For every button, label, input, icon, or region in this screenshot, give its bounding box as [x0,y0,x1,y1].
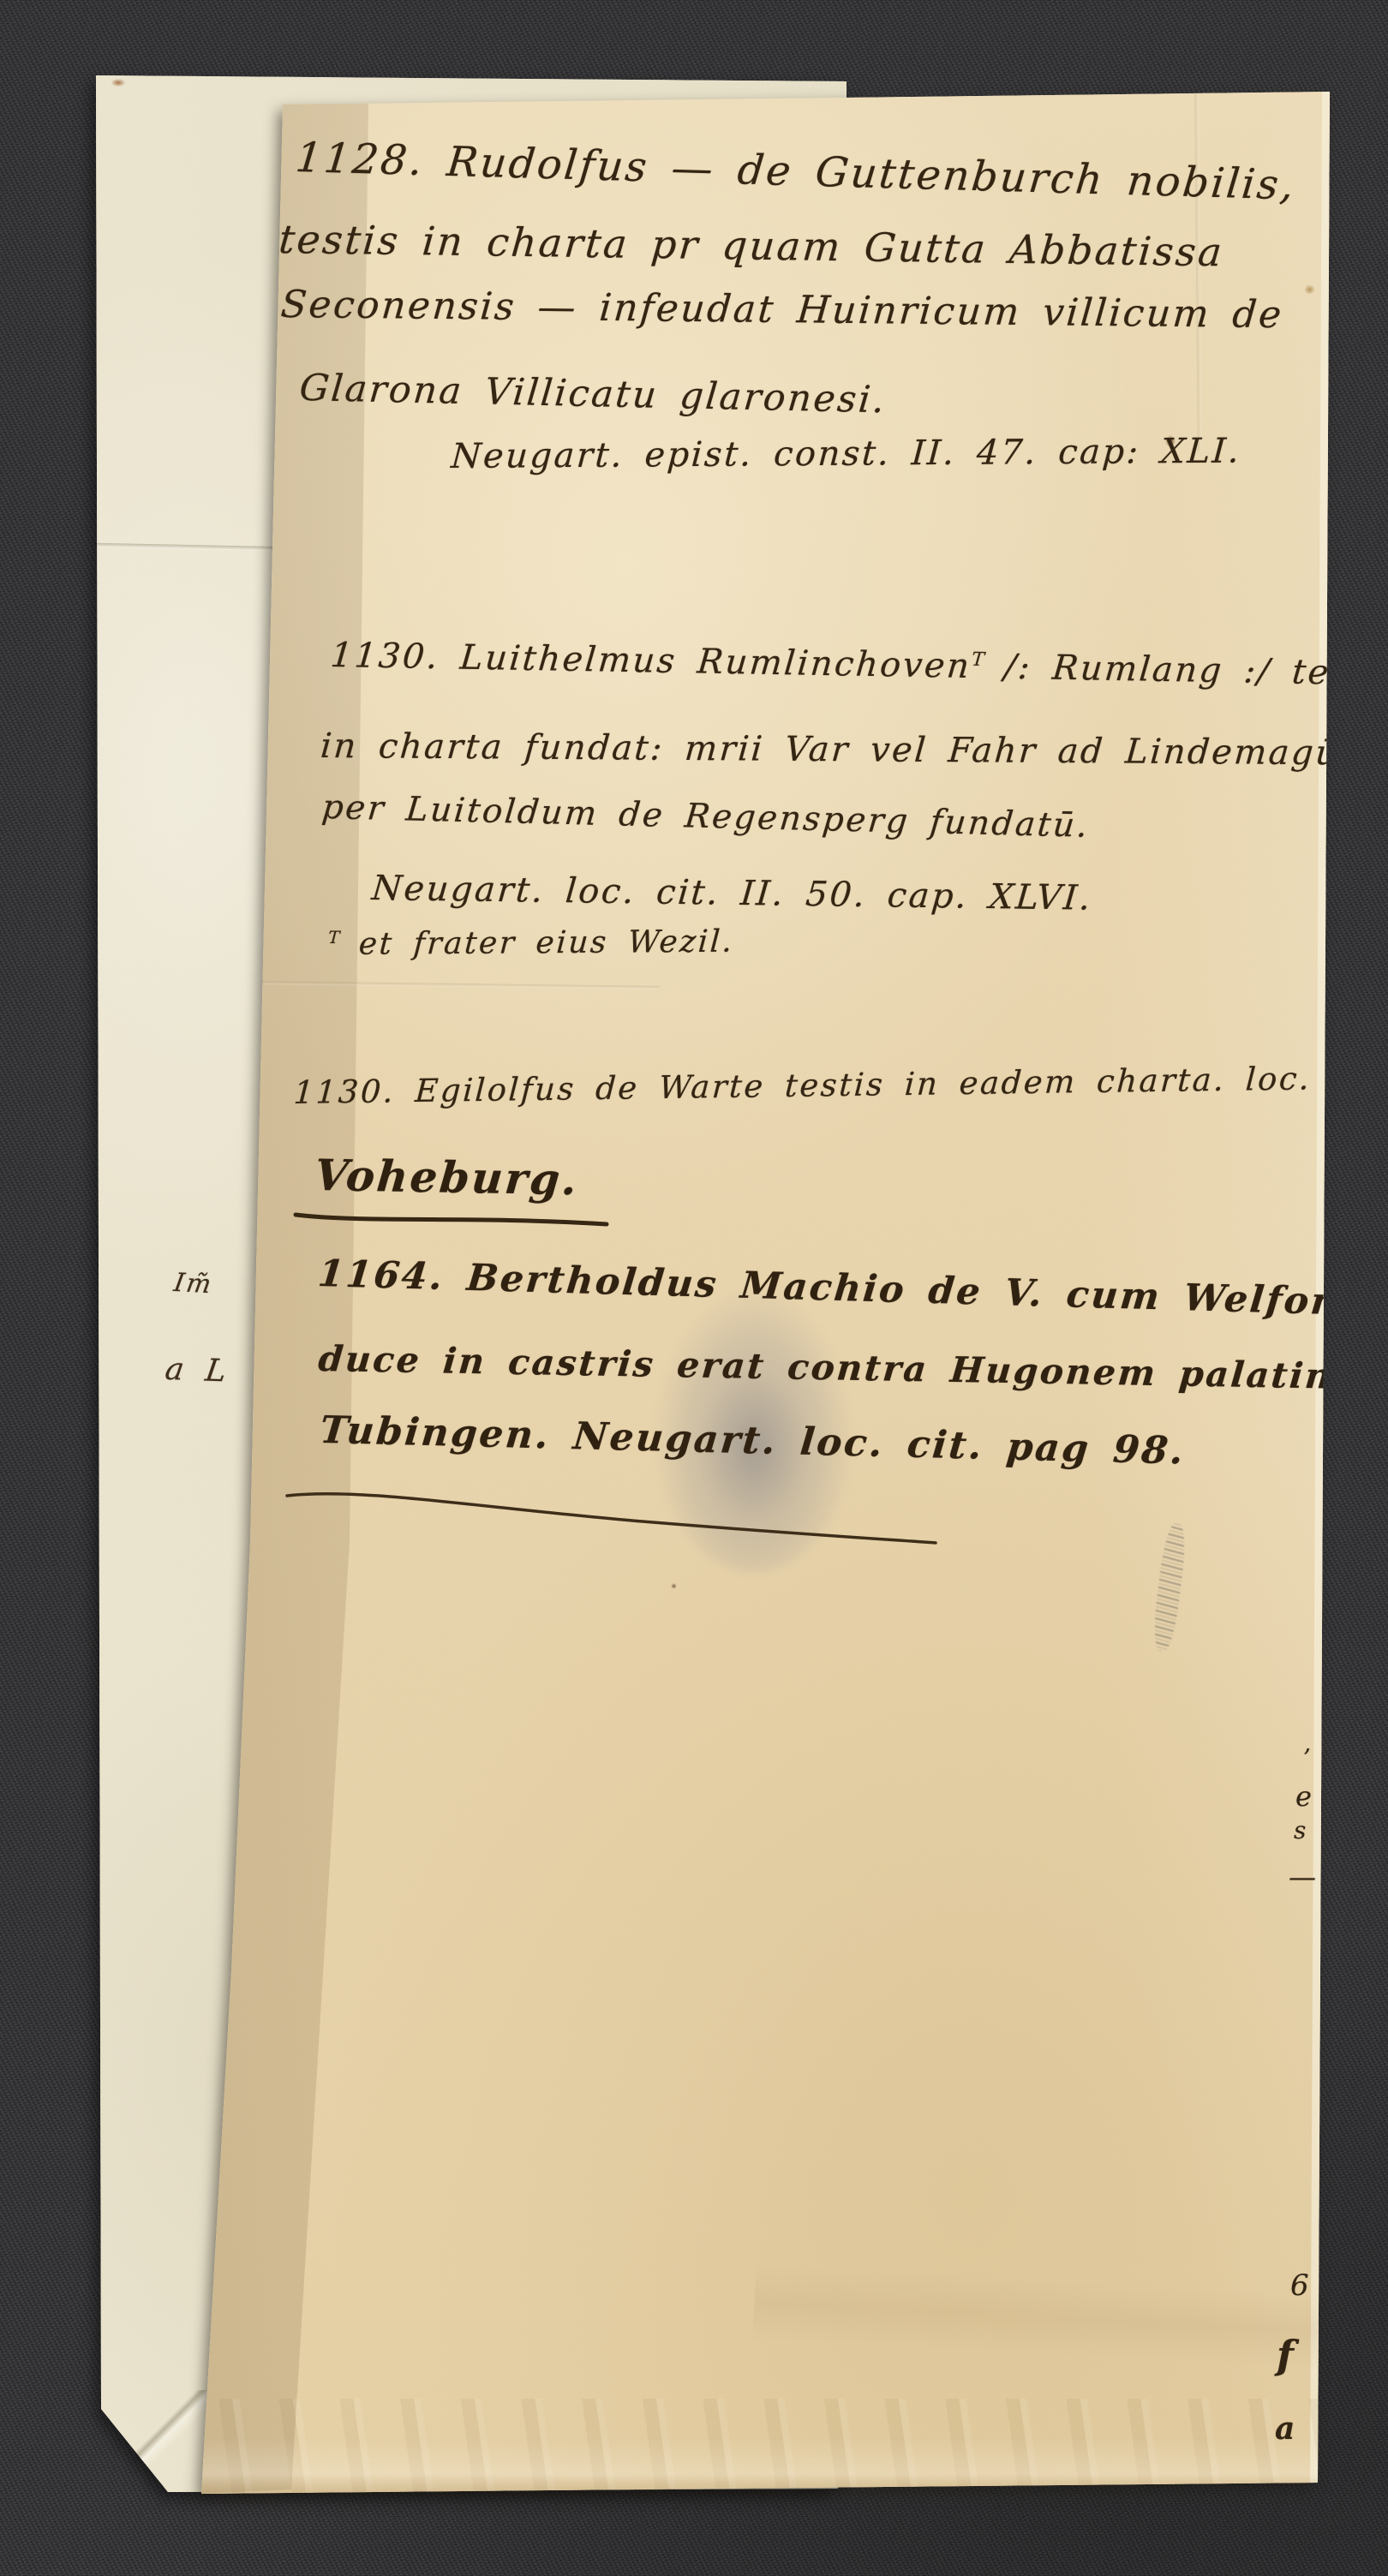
section-heading-voheburg: Voheburg. [313,1150,581,1204]
entry-1128-citation: Neugart. epist. const. II. 47. cap: XLI. [450,432,1242,476]
edge-fragment: ʼ [1302,1744,1310,1772]
edge-fragment: — [1289,1861,1316,1893]
foxing-dot [1304,284,1315,295]
entry-1130a-footnote: T et frater eius Wezil. [326,924,735,962]
entry-1128-line-1: 1128. Rudolfus — de Guttenburch nobilis, [294,134,1298,209]
edge-fragment: s [1294,1816,1306,1844]
footnote-text: et frater eius Wezil. [338,924,735,962]
manuscript-photo: Im̃ a L 1128. Rudolfus — de Guttenburch … [0,0,1388,2576]
entry-1128-line-3: Seconensis — infeudat Huinricum villicum… [279,283,1285,337]
entry-1130a-line-3: per Luitoldum de Regensperg fundatū. [320,788,1092,846]
entry-1128-line-4: Glarona Villicatu glaronesi. [297,367,888,421]
main-sheet-wrap: 1128. Rudolfus — de Guttenburch nobilis,… [0,0,1388,2576]
edge-fragment: f [1277,2332,1294,2378]
entry-1130a-line-2: in charta fundat: mrii Var vel Fahr ad L… [319,726,1341,773]
pencil-smudge [1151,1522,1188,1653]
entry-1130a-line-1-cont: /: Rumlang :/ test. [982,647,1381,693]
entry-1130a-line-1: 1130. Luithelmus RumlinchovenT /: Rumlan… [329,636,1381,693]
edge-fragment: a [1275,2411,1295,2447]
edge-fragment: 6 [1290,2268,1309,2303]
edge-fragment: e [1295,1780,1312,1813]
entry-1130b-line-1: 1130. Egilolfus de Warte testis in eadem… [293,1059,1388,1111]
paper-bottom-wrinkles [171,2399,1319,2495]
entry-1164-line-2: duce in castris erat contra Hugonem pala… [317,1338,1388,1399]
entry-1130a-line-1-text: 1130. Luithelmus Rumlinchoven [329,636,972,686]
foxing-dot [671,1583,677,1589]
entry-1164-line-1: 1164. Bertholdus Machio de V. cum Welfon… [316,1252,1388,1328]
main-sheet: 1128. Rudolfus — de Guttenburch nobilis,… [0,0,1388,2576]
entry-1128-line-2: testis in charta pr quam Gutta Abbatissa [277,216,1225,275]
entry-1130a-citation: Neugart. loc. cit. II. 50. cap. XLVI. [370,869,1094,918]
paper-crease [752,2263,1338,2370]
